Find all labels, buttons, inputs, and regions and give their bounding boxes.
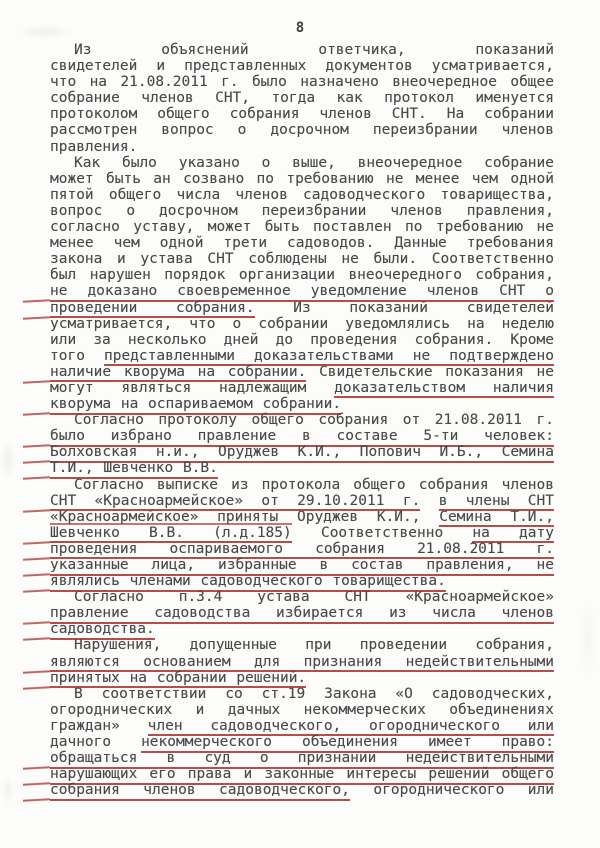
text-line: был нарушен порядок организации внеочере… [50, 267, 554, 283]
text-line: свидетелей и представленных документов у… [50, 58, 554, 74]
text-segment: согласно уставу, может быть поставлен по… [50, 219, 554, 235]
text-segment: был нарушен порядок организации внеочере… [50, 267, 554, 283]
text-segment: Соответственно [292, 525, 473, 541]
red-underlined-passage: принятых на собрании решений. [50, 670, 306, 689]
text-line: могут являться надлежащим доказательство… [50, 380, 554, 396]
text-line: кворума на оспариваемом собрании. [50, 396, 554, 412]
text-line: правления. [50, 139, 554, 155]
red-underlined-passage: СНТ «Красноармейское» от 29.10.2011 г. [50, 493, 420, 512]
text-line: принятых на собрании решений. [50, 670, 554, 686]
text-line: обращаться в суд о признании недействите… [50, 750, 554, 766]
text-line: Шевченко В.В. (л.д.185) Соответственно н… [50, 525, 554, 541]
text-line: согласно уставу, может быть поставлен по… [50, 219, 554, 235]
text-segment: закона и устава СНТ соблюдены не были. С… [50, 251, 554, 267]
text-line: СНТ «Красноармейское» от 29.10.2011 г. в… [50, 493, 554, 509]
red-underlined-passage: кворума на оспариваемом собрании. [50, 396, 341, 415]
text-line: менее чем одной трети садоводов. Данные … [50, 235, 554, 251]
text-segment: граждан» [50, 718, 148, 734]
red-underlined-passage: являлись членами садоводческого товарище… [50, 573, 446, 592]
text-line: протоколом общего собрания членов СНТ. Н… [50, 106, 554, 122]
text-line: огороднических и дачных некоммерческих о… [50, 702, 554, 718]
text-line: пятой общего числа членов садоводческого… [50, 187, 554, 203]
text-segment: дачного [50, 734, 141, 750]
text-line: дачного некоммерческого объединения имее… [50, 734, 554, 750]
scanned-page: 8 Из объяснений ответчика, показанийсвид… [0, 0, 600, 848]
text-line: нарушающих его права и законные интересы… [50, 766, 554, 782]
text-line: вопрос о досрочном переизбрании членов п… [50, 203, 554, 219]
text-segment: огороднических и дачных некоммерческих о… [50, 702, 554, 718]
text-line: не доказано своевременное уведомление чл… [50, 283, 554, 299]
text-line: Из объяснений ответчика, показаний [50, 42, 554, 58]
text-line: правление садоводства избирается из числ… [50, 605, 554, 621]
text-segment: что на 21.08.2011 г. было назначено внео… [50, 74, 554, 90]
text-line: указанные лица, избранные в состав правл… [50, 557, 554, 573]
text-segment: пятой общего числа членов садоводческого… [50, 187, 554, 203]
text-segment: свидетелей и представленных документов у… [50, 58, 554, 74]
text-line: усматривается, что о собрании уведомляли… [50, 316, 554, 332]
text-segment: правления. [50, 139, 137, 155]
text-segment [420, 493, 438, 509]
text-line: что на 21.08.2011 г. было назначено внео… [50, 74, 554, 90]
text-line: или за несколько дней до проведения собр… [50, 332, 554, 348]
red-underlined-passage: садоводства. [50, 621, 155, 640]
red-underlined-passage: Т.И., Шевченко В.В. [50, 460, 218, 479]
text-line: может быть ан созвано по требованию не м… [50, 171, 554, 187]
text-line: рассмотрен вопрос о досрочном переизбран… [50, 122, 554, 138]
document-body: Из объяснений ответчика, показанийсвидет… [50, 42, 554, 798]
text-line: закона и устава СНТ соблюдены не были. С… [50, 251, 554, 267]
text-segment: рассмотрен вопрос о досрочном переизбран… [50, 122, 554, 138]
text-line: собрание членов СНТ, тогда как протокол … [50, 90, 554, 106]
text-segment: вопрос о досрочном переизбрании членов п… [50, 203, 554, 219]
text-line: наличие кворума на собрании. Свидетельск… [50, 364, 554, 380]
text-segment: протоколом общего собрания членов СНТ. Н… [50, 106, 554, 122]
red-underlined-passage: наличие кворума на собрании. [50, 364, 306, 383]
text-line: Как было указано о выше, внеочередное со… [50, 155, 554, 171]
text-line: граждан» член садоводческого, огородниче… [50, 718, 554, 734]
text-line: проведения оспариваемого собрания 21.08.… [50, 541, 554, 557]
text-line: являются основанием для признания недейс… [50, 654, 554, 670]
text-line: было избрано правление в составе 5-ти че… [50, 428, 554, 444]
text-line: В соответствии со ст.19 Закона «О садово… [50, 686, 554, 702]
red-underlined-passage: доказательством наличия [334, 380, 554, 399]
text-line: Болховская н.и., Оруджев К.И., Попович И… [50, 444, 554, 460]
text-segment: собрание членов СНТ, тогда как протокол … [50, 90, 554, 106]
text-segment: того [50, 348, 104, 364]
text-segment: могут являться надлежащим [50, 380, 334, 396]
page-number: 8 [0, 20, 600, 36]
text-segment: может быть ан созвано по требованию не м… [50, 171, 554, 187]
red-underlined-passage: собрания членов садоводческого, [50, 782, 350, 801]
text-segment: Свидетельские показания не [306, 364, 554, 380]
text-segment: Как было указано о выше, внеочередное со… [74, 155, 554, 171]
text-segment: или за несколько дней до проведения собр… [50, 332, 554, 348]
text-segment: В соответствии со ст.19 Закона «О садово… [74, 686, 554, 702]
text-segment: менее чем одной трети садоводов. Данные … [50, 235, 554, 251]
text-line: того представленными доказательствами не… [50, 348, 554, 364]
text-segment: Из объяснений ответчика, показаний [74, 42, 554, 58]
red-underlined-passage: проведении собрания. [50, 300, 255, 319]
